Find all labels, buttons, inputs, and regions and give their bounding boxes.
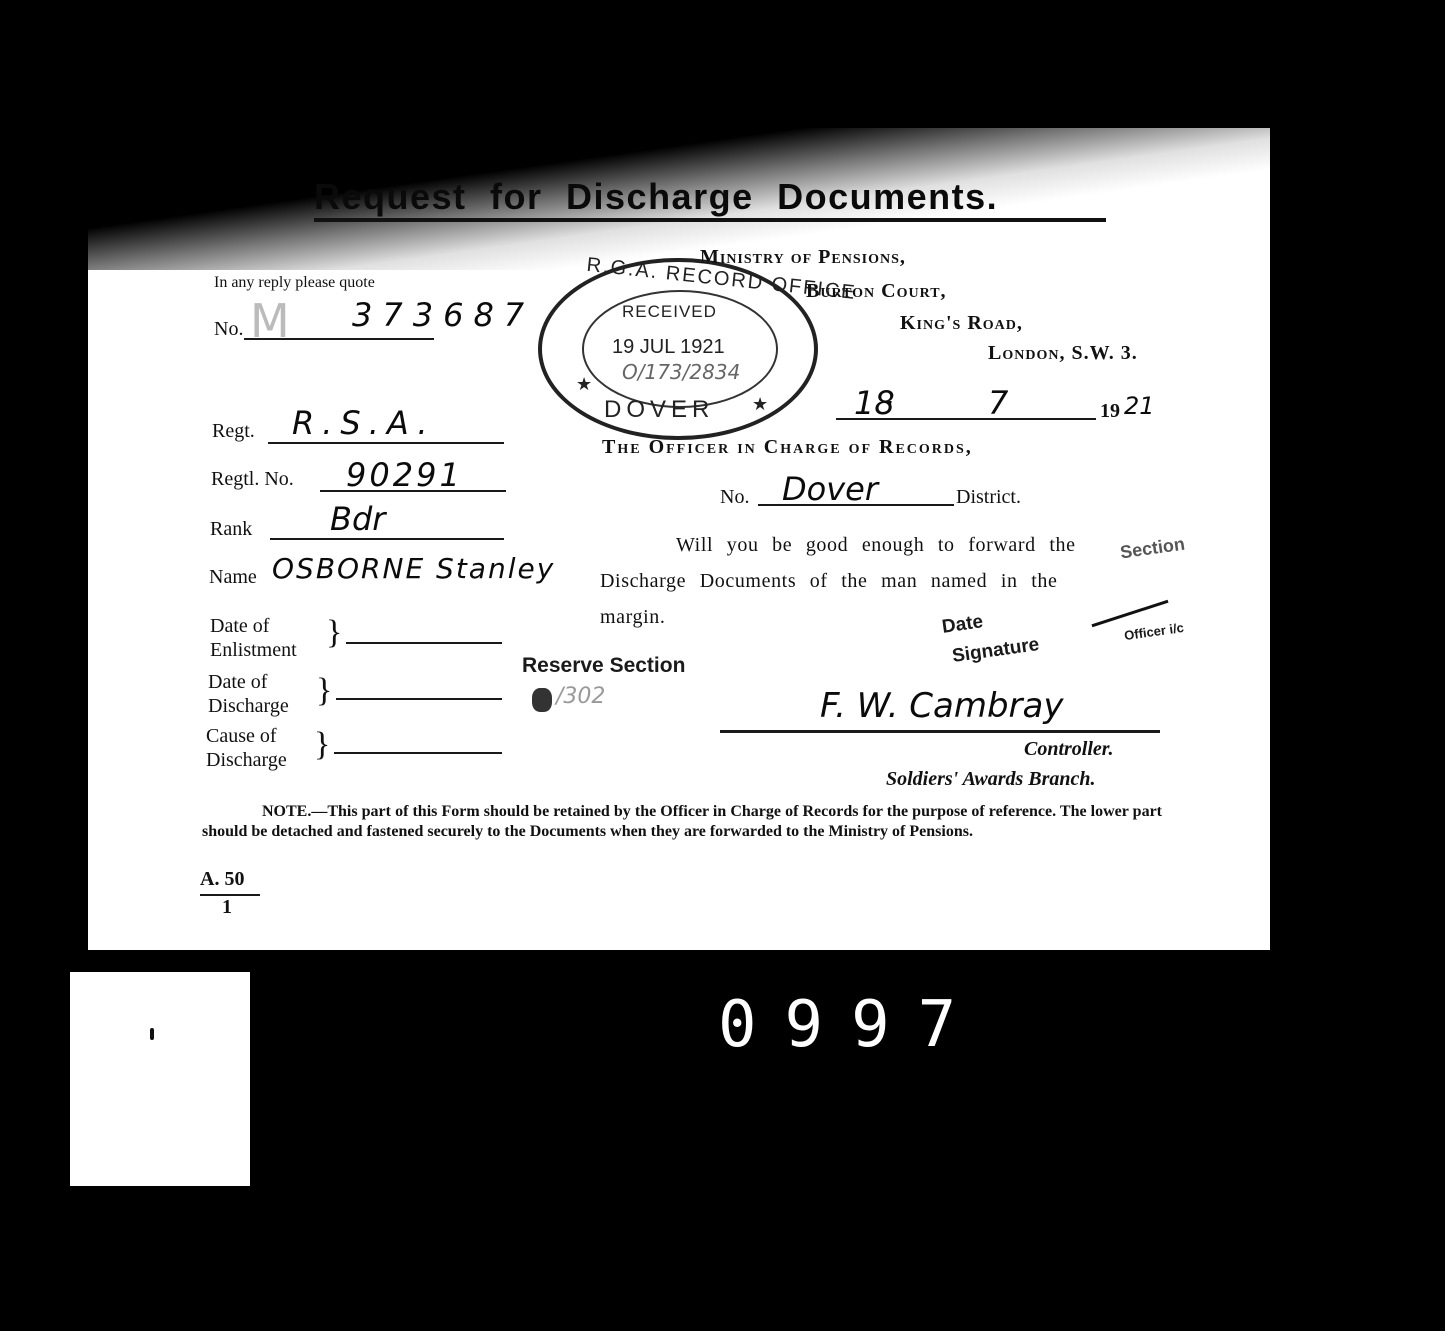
discharge-cause-label-line2: Discharge <box>206 748 287 772</box>
letterhead-court: Burton Court, <box>806 280 947 303</box>
regt-value: R.S.A. <box>292 404 436 442</box>
stamp-received: RECEIVED <box>622 302 717 322</box>
footnote-heading: NOTE. <box>262 803 311 820</box>
request-line2: Discharge Documents of the man named in … <box>600 570 1057 593</box>
letterhead-city: London, S.W. 3. <box>988 342 1138 365</box>
letterhead-ministry: Ministry of Pensions, <box>700 246 906 269</box>
signature-rule <box>720 730 1160 733</box>
stamp-date: 19 JUL 1921 <box>612 336 725 359</box>
stamp-outer-bottom: DOVER <box>604 396 714 424</box>
regt-rule <box>268 442 504 444</box>
discharge-cause-brace: } <box>314 730 330 760</box>
rank-rule <box>270 538 504 540</box>
discharge-cause-label: Cause of Discharge <box>206 724 287 772</box>
rank-label: Rank <box>210 518 252 541</box>
enlistment-rule <box>346 642 502 644</box>
document-title: Request for Discharge Documents. <box>314 176 998 218</box>
district-no-label: No. <box>720 486 749 509</box>
date-year-prefix: 19 <box>1100 400 1120 423</box>
ink-blot <box>532 688 552 712</box>
discharge-date-brace: } <box>316 676 332 706</box>
title-underline <box>314 218 1106 222</box>
footnote-text: —This part of this Form should be retain… <box>202 803 1162 840</box>
name-label: Name <box>209 566 257 589</box>
reply-note: In any reply please quote <box>214 274 375 292</box>
reference-number: 373687 <box>352 296 534 334</box>
enlistment-label: Date of Enlistment <box>210 614 297 662</box>
date-rule <box>836 418 1096 420</box>
discharge-cause-label-line1: Cause of <box>206 724 287 748</box>
side-tab-mark <box>150 1028 154 1040</box>
date-month: 7 <box>988 384 1008 422</box>
form-code-numerator: A. 50 <box>200 868 244 891</box>
enlistment-brace: } <box>326 618 342 648</box>
enlistment-label-line1: Date of <box>210 614 297 638</box>
frame-counter: 0997 <box>718 988 984 1062</box>
discharge-date-label-line2: Discharge <box>208 694 289 718</box>
district-rule <box>758 504 954 506</box>
side-tab-card <box>70 972 250 1186</box>
regtl-no-value: 90291 <box>346 456 463 494</box>
stamp-handwritten: O/173/2834 <box>622 360 740 384</box>
discharge-date-rule <box>336 698 502 700</box>
stamp-star-right-icon: ★ <box>752 394 768 415</box>
footnote: NOTE.—This part of this Form should be r… <box>202 802 1162 842</box>
regt-label: Regt. <box>212 420 255 443</box>
discharge-date-label: Date of Discharge <box>208 670 289 718</box>
enlistment-label-line2: Enlistment <box>210 638 297 662</box>
discharge-cause-rule <box>334 752 502 754</box>
regtl-no-rule <box>320 490 506 492</box>
controller-title: Controller. <box>1024 738 1113 761</box>
addressee-line: The Officer in Charge of Records, <box>602 436 973 459</box>
controller-signature: F. W. Cambray <box>820 686 1063 726</box>
letterhead-road: King's Road, <box>900 312 1023 335</box>
date-separator: · <box>884 384 894 422</box>
reference-label: No. <box>214 318 243 341</box>
date-year-suffix: 21 <box>1124 392 1155 420</box>
district-label: District. <box>956 486 1021 509</box>
rank-value: Bdr <box>330 500 385 538</box>
name-value: OSBORNE Stanley <box>272 552 555 585</box>
reserve-section-number: /302 <box>556 684 605 709</box>
district-value: Dover <box>782 470 878 508</box>
reference-rule <box>244 338 434 340</box>
request-line1: Will you be good enough to forward the <box>676 534 1076 557</box>
request-line3: margin. <box>600 606 666 629</box>
regtl-no-label: Regtl. No. <box>211 468 294 491</box>
discharge-date-label-line1: Date of <box>208 670 289 694</box>
reserve-section-stamp: Reserve Section <box>522 654 685 678</box>
form-code-denominator: 1 <box>222 896 232 919</box>
branch-name: Soldiers' Awards Branch. <box>886 768 1096 791</box>
stamp-star-left-icon: ★ <box>576 374 592 395</box>
